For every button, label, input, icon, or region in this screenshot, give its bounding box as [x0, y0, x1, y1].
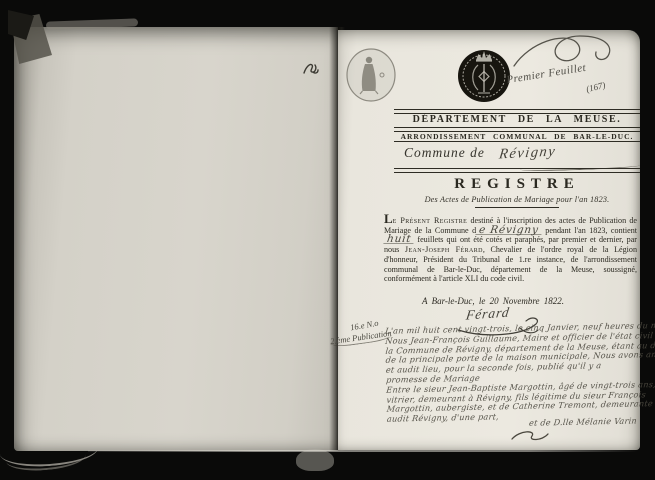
page-bottom-edge: [88, 450, 638, 452]
commune-label: Commune de: [404, 145, 485, 160]
left-page: [14, 27, 338, 451]
register-book-scan: Premier Feuillet (167) DÉPARTEMENT DE LA…: [0, 0, 655, 480]
register-title-page: Premier Feuillet (167) DÉPARTEMENT DE LA…: [338, 30, 640, 450]
ink-mark-icon: [300, 59, 322, 81]
note-folio: (167): [585, 80, 606, 94]
rule-top: [394, 109, 640, 114]
act-line-bride: et de D.lle Mélanie Varin: [528, 416, 645, 428]
register-title: REGISTRE: [394, 176, 640, 193]
official-name: Jean-Joseph Férard: [405, 245, 483, 254]
paragraph-segment: pendant l'an 1823, contient: [542, 226, 637, 235]
rule-mid: [394, 127, 640, 132]
commune-value: Révigny: [498, 143, 557, 163]
drop-cap: L: [384, 211, 393, 226]
commune-line: Commune deRévigny: [394, 144, 640, 168]
gutter-page-edge: [296, 449, 334, 471]
register-subtitle: Des Actes de Publication de Mariage pour…: [394, 195, 640, 204]
arrondissement-title: ARRONDISSEMENT COMMUNAL DE BAR-LE-DUC.: [394, 132, 640, 141]
rule-thin: [394, 141, 640, 142]
rule-under-commune: [394, 168, 640, 173]
handwritten-act: L'an mil huit cent vingt-trois, le cinq …: [385, 321, 645, 431]
allegory-stamp-icon: [344, 46, 398, 104]
paraph-flourish-icon: [508, 428, 552, 444]
archival-note: Premier Feuillet (167): [504, 32, 644, 100]
handwritten-count-fill: huit: [383, 235, 415, 244]
handwritten-commune-fill: e Révigny: [476, 226, 543, 235]
rule-short: [475, 207, 559, 208]
department-title: DÉPARTEMENT DE LA MEUSE.: [394, 114, 640, 125]
preamble-paragraph: Le Présent Registre destiné à l'inscript…: [384, 214, 637, 284]
lead-smallcaps: e Présent Registre: [393, 216, 468, 225]
margin-publication-note: 2.ème Publication: [329, 328, 392, 348]
